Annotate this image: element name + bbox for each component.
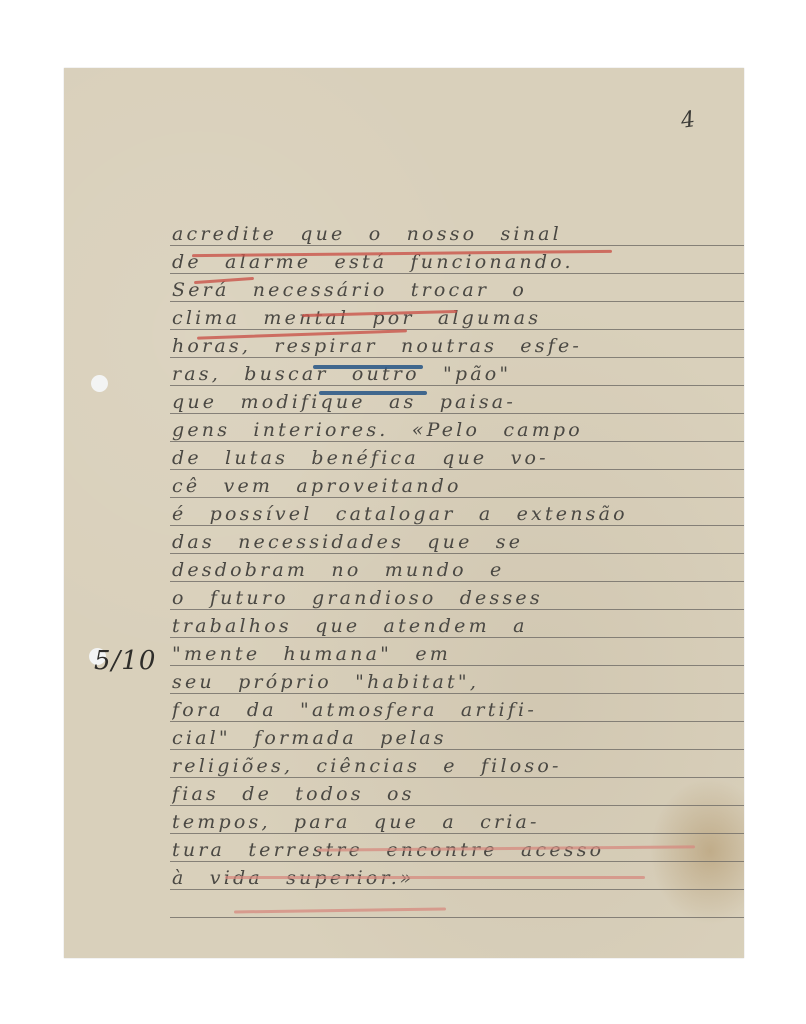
ruled-line xyxy=(170,917,744,918)
text-line: clima mental por algumas xyxy=(172,305,738,331)
text-line: o futuro grandioso desses xyxy=(172,585,738,611)
text-line: ras, buscar outro "pão" xyxy=(172,361,738,387)
text-line: tempos, para que a cria- xyxy=(172,809,738,835)
text-line: de lutas benéfica que vo- xyxy=(172,445,738,471)
text-line: que modifique as paisa- xyxy=(172,389,738,415)
red-underline xyxy=(234,908,446,914)
text-line: religiões, ciências e filoso- xyxy=(172,753,738,779)
text-line: é possível catalogar a extensão xyxy=(172,501,738,527)
text-line: fias de todos os xyxy=(172,781,738,807)
text-line: acredite que o nosso sinal xyxy=(172,221,738,247)
text-line: fora da "atmosfera artifi- xyxy=(172,697,738,723)
red-underline xyxy=(225,876,645,879)
punch-hole xyxy=(91,375,108,392)
text-line: "mente humana" em xyxy=(172,641,738,667)
text-line: desdobram no mundo e xyxy=(172,557,738,583)
text-line: Será necessário trocar o xyxy=(172,277,738,303)
blue-underline xyxy=(313,365,423,369)
text-line: das necessidades que se xyxy=(172,529,738,555)
text-line: gens interiores. «Pelo campo xyxy=(172,417,738,443)
blue-underline xyxy=(319,391,427,395)
text-line: cial" formada pelas xyxy=(172,725,738,751)
manuscript-page: 4 5/10 acredite que o nosso sinal de ala… xyxy=(64,68,744,958)
page-number: 4 xyxy=(679,107,696,134)
text-line: cê vem aproveitando xyxy=(172,473,738,499)
text-line: trabalhos que atendem a xyxy=(172,613,738,639)
margin-note: 5/10 xyxy=(94,646,156,676)
text-line: seu próprio "habitat", xyxy=(172,669,738,695)
